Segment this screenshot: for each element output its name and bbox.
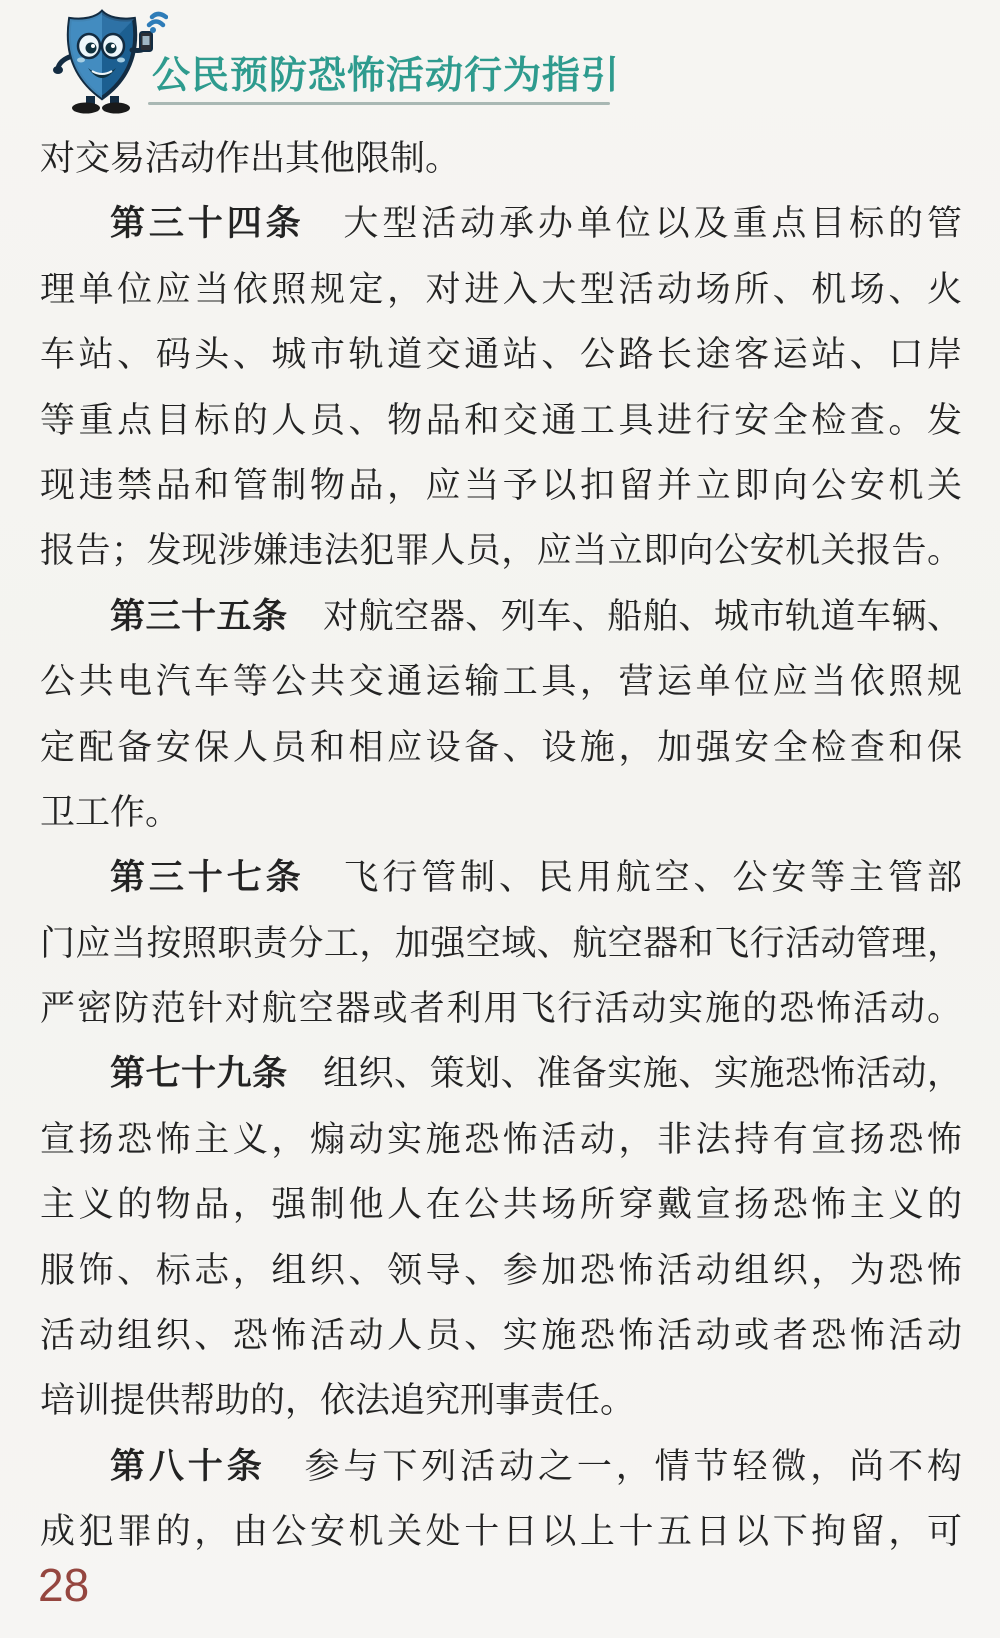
text-line: 第三十五条 对航空器、列车、船舶、城市轨道车辆、 [40,584,962,649]
page-title: 公民预防恐怖活动行为指引 [152,44,620,99]
text-line: 车站、码头、城市轨道交通站、公路长途客运站、口岸 [40,322,962,387]
text-line: 报告；发现涉嫌违法犯罪人员，应当立即向公安机关报告。 [40,518,962,583]
text-line: 第三十七条 飞行管制、民用航空、公安等主管部 [40,845,962,910]
text-line: 现违禁品和管制物品，应当予以扣留并立即向公安机关 [40,453,962,518]
text-line: 门应当按照职责分工，加强空域、航空器和飞行活动管理， [40,911,962,976]
article-number: 第三十七条 [110,858,305,897]
text-line: 活动组织、恐怖活动人员、实施恐怖活动或者恐怖活动 [40,1303,962,1368]
page-header: 公民预防恐怖活动行为指引 [0,0,1000,125]
text-line: 宣扬恐怖主义，煽动实施恐怖活动，非法持有宣扬恐怖 [40,1107,962,1172]
text-line: 等重点目标的人员、物品和交通工具进行安全检查。发 [40,388,962,453]
text-line: 对交易活动作出其他限制。 [40,126,962,191]
page-number: 28 [38,1558,89,1612]
text-line: 定配备安保人员和相应设备、设施，加强安全检查和保 [40,715,962,780]
article-number: 第三十四条 [110,204,305,243]
document-page: 公民预防恐怖活动行为指引 对交易活动作出其他限制。第三十四条 大型活动承办单位以… [0,0,1000,1638]
text-line: 卫工作。 [40,780,962,845]
text-line: 公共电汽车等公共交通运输工具，营运单位应当依照规 [40,649,962,714]
text-line: 第七十九条 组织、策划、准备实施、实施恐怖活动， [40,1041,962,1106]
text-line: 成犯罪的，由公安机关处十日以上十五日以下拘留，可 [40,1499,962,1564]
article-number: 第三十五条 [110,597,288,636]
text-line: 第八十条 参与下列活动之一，情节轻微，尚不构 [40,1434,962,1499]
text-line: 培训提供帮助的，依法追究刑事责任。 [40,1368,962,1433]
text-line: 主义的物品，强制他人在公共场所穿戴宣扬恐怖主义的 [40,1172,962,1237]
text-block: 对交易活动作出其他限制。第三十四条 大型活动承办单位以及重点目标的管理单位应当依… [40,126,962,1565]
wifi-signal-icon [149,14,166,25]
title-underline-divider [148,102,610,105]
text-line: 严密防范针对航空器或者利用飞行活动实施的恐怖活动。 [40,976,962,1041]
article-number: 第七十九条 [110,1054,288,1093]
text-line: 服饰、标志，组织、领导、参加恐怖活动组织，为恐怖 [40,1238,962,1303]
text-line: 第三十四条 大型活动承办单位以及重点目标的管 [40,191,962,256]
article-number: 第八十条 [110,1447,266,1486]
text-line: 理单位应当依照规定，对进入大型活动场所、机场、火 [40,257,962,322]
